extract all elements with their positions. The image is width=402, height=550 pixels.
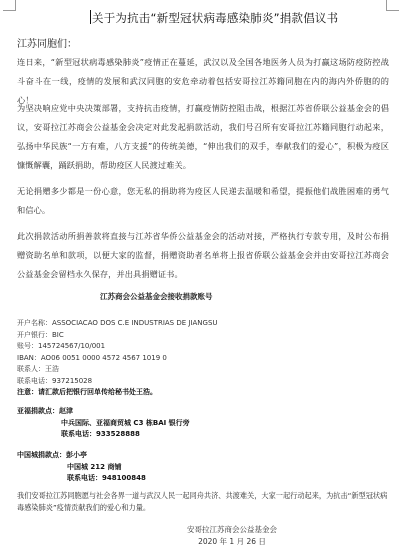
account-bank: 开户银行：BIC bbox=[17, 330, 218, 342]
paragraph-2: 为坚决响应党中央决策部署，支持抗击疫情，打赢疫情防控阻击战，根据江苏省侨联公益基… bbox=[17, 99, 389, 175]
signature-block: 安哥拉江苏商会公益基金会 2020 年 1 月 26 日 bbox=[182, 524, 282, 548]
text-cursor bbox=[90, 10, 91, 24]
signature-organization: 安哥拉江苏商会公益基金会 bbox=[182, 524, 282, 536]
donation-point-person: 彭小亭 bbox=[66, 451, 87, 459]
donation-point-header: 中国城捐款点：彭小亭 bbox=[17, 450, 146, 462]
donation-point-label: 中国城捐款点： bbox=[17, 451, 66, 459]
account-phone: 联系电话：937215028 bbox=[17, 376, 218, 388]
document-title: 关于为抗击“新型冠状病毒感染肺炎”捐款倡议书 bbox=[90, 10, 338, 26]
donation-point-chinatown: 中国城捐款点：彭小亭 中国城 212 商铺 联系电话：948100848 bbox=[17, 450, 146, 485]
donation-point-label: 亚福捐款点： bbox=[17, 407, 59, 415]
donation-point-yafu: 亚福捐款点：赵津 中兵国际、亚福商贸城 C3 栋BAI 银行旁 联系电话：933… bbox=[17, 406, 190, 441]
account-iban: IBAN：AO06 0051 0000 4572 4567 1019 0 bbox=[17, 353, 218, 365]
account-details: 开户名称：ASSOCIACAO DOS C.E INDUSTRIAS DE JI… bbox=[17, 318, 218, 399]
account-heading: 江苏商会公益基金会接收捐款账号 bbox=[100, 291, 213, 302]
page-corner-top-left bbox=[3, 0, 16, 11]
donation-point-address: 中国城 212 商铺 bbox=[17, 462, 146, 474]
donation-point-address: 中兵国际、亚福商贸城 C3 栋BAI 银行旁 bbox=[17, 418, 190, 430]
account-number: 账号：145724567/10/001 bbox=[17, 341, 218, 353]
donation-point-person: 赵津 bbox=[59, 407, 73, 415]
donation-point-header: 亚福捐款点：赵津 bbox=[17, 406, 190, 418]
account-contact: 联系人：王浩 bbox=[17, 364, 218, 376]
account-name: 开户名称：ASSOCIACAO DOS C.E INDUSTRIAS DE JI… bbox=[17, 318, 218, 330]
closing-paragraph: 我们安哥拉江苏同胞愿与社会各界一道与武汉人民一起同舟共济、共渡难关，大家一起行动… bbox=[17, 490, 389, 514]
paragraph-4: 此次捐款活动所捐善款将直接与江苏省华侨公益基金会的活动对接，严格执行专款专用，及… bbox=[17, 227, 389, 284]
page-corner-top-right bbox=[386, 0, 399, 11]
account-note: 注意：请汇款后把银行回单传给秘书处王浩。 bbox=[17, 387, 218, 399]
greeting: 江苏同胞们： bbox=[17, 35, 77, 50]
donation-point-phone: 联系电话：933528888 bbox=[17, 429, 190, 441]
signature-date: 2020 年 1 月 26 日 bbox=[182, 536, 282, 548]
document-title-text: 关于为抗击“新型冠状病毒感染肺炎”捐款倡议书 bbox=[92, 11, 338, 25]
paragraph-3: 无论捐赠多少都是一份心意，您无私的捐助将为疫区人民递去温暖和希望，提振他们战胜困… bbox=[17, 182, 389, 220]
donation-point-phone: 联系电话：948100848 bbox=[17, 473, 146, 485]
